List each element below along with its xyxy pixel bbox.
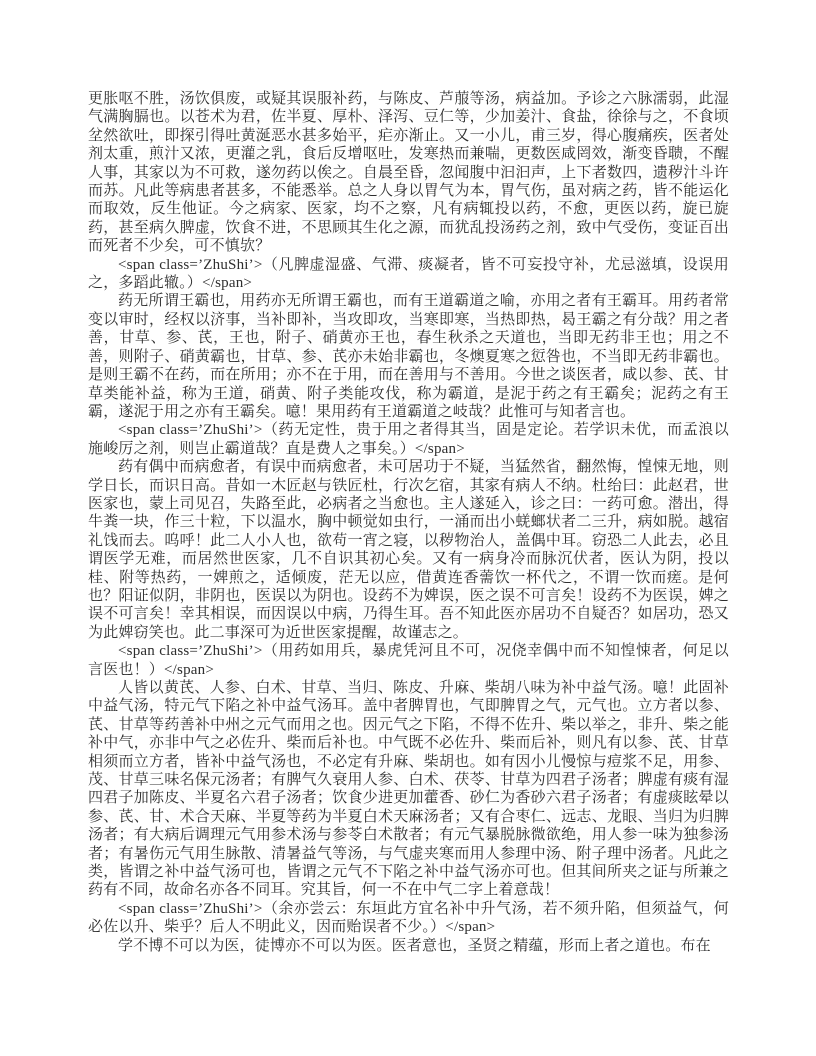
body-paragraph: 药有偶中而病愈者，有误中而病愈者，未可居功于不疑，当猛然省，翻然悔，惶悚无地，则… [88,458,729,642]
body-paragraph-truncated: 学不博不可以为医，徒博亦不可以为医。医者意也，圣贤之精蕴，形而上者之道也。布在 [88,937,729,955]
annotation-paragraph: <span class=’ZhuShi’>（用药如用兵，暴虎凭河且不可，况侥幸偶… [88,642,729,679]
body-paragraph: 药无所谓王霸也，用药亦无所谓王霸也，而有王道霸道之喻，亦用之者有王霸耳。用药者常… [88,292,729,421]
body-paragraph-continued: 更胀呕不胜，汤饮俱废，或疑其误服补药，与陈皮、芦菔等汤，病益加。予诊之六脉濡弱，… [88,90,729,256]
document-page: 更胀呕不胜，汤饮俱废，或疑其误服补药，与陈皮、芦菔等汤，病益加。予诊之六脉濡弱，… [0,0,816,1056]
annotation-paragraph: <span class=’ZhuShi’>（凡脾虚湿盛、气滞、痰凝者，皆不可妄投… [88,256,729,293]
body-paragraph: 人皆以黄芪、人参、白术、甘草、当归、陈皮、升麻、柴胡八味为补中益气汤。噫！此固补… [88,679,729,900]
annotation-paragraph: <span class=’ZhuShi’>（药无定性，贵于用之者得其当，固是定论… [88,421,729,458]
document-body: 更胀呕不胜，汤饮俱废，或疑其误服补药，与陈皮、芦菔等汤，病益加。予诊之六脉濡弱，… [88,90,729,955]
annotation-paragraph: <span class=’ZhuShi’>（余亦尝云：东垣此方宜名补中升气汤，若… [88,900,729,937]
